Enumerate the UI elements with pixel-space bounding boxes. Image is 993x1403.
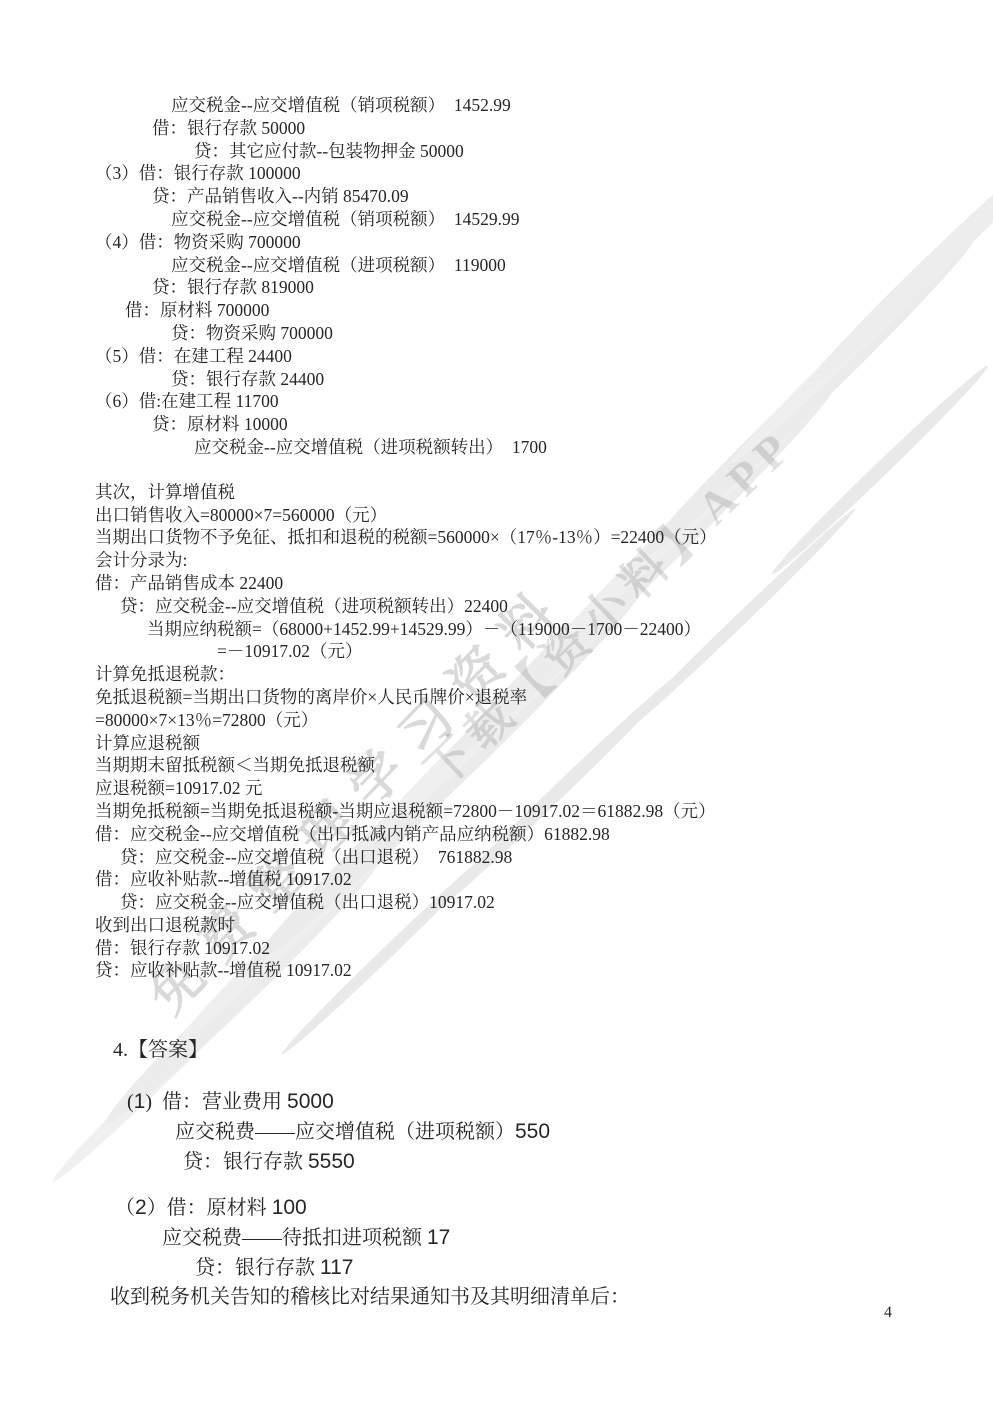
text-line: 借：银行存款 50000 — [95, 117, 717, 140]
brush-stroke — [726, 165, 993, 470]
text-line: 应交税金--应交增值税（销项税额） 14529.99 — [95, 208, 717, 231]
text-line: 应交税金--应交增值税（进项税额转出） 1700 — [95, 436, 717, 459]
text-line: (1) 借：营业费用 5000 — [95, 1087, 717, 1117]
text-line: 贷：应交税金--应交增值税（出口退税） 761882.98 — [95, 846, 717, 869]
text-line: 贷：银行存款 5550 — [95, 1147, 717, 1177]
text-line: 借：产品销售成本 22400 — [95, 572, 717, 595]
text-line: 当期出口货物不予免征、抵扣和退税的税额=560000×（17％-13％）=224… — [95, 526, 717, 549]
text-line: 应交税费——应交增值税（进项税额）550 — [95, 1117, 717, 1147]
page-number: 4 — [884, 1304, 892, 1322]
text-line: 免抵退税额=当期出口货物的离岸价×人民币牌价×退税率 — [95, 686, 717, 709]
text-line: 出口销售收入=80000×7=560000（元） — [95, 504, 717, 527]
text-line: =－10917.02（元） — [95, 640, 717, 663]
brush-stroke — [796, 119, 993, 399]
brush-stroke — [767, 361, 993, 579]
text-line: 计算免抵退税款： — [95, 663, 717, 686]
text-line: 贷：应交税金--应交增值税（进项税额转出）22400 — [95, 595, 717, 618]
body-text: 应交税金--应交增值税（销项税额） 1452.99借：银行存款 50000贷：其… — [95, 94, 717, 1312]
text-line: 贷：物资采购 700000 — [95, 322, 717, 345]
text-line: （3）借：银行存款 100000 — [95, 162, 717, 185]
text-line: 贷：银行存款 24400 — [95, 368, 717, 391]
text-line: 当期免抵税额=当期免抵退税额-当期应退税额=72800－10917.02＝618… — [95, 800, 717, 823]
text-line: 贷：应交税金--应交增值税（出口退税）10917.02 — [95, 891, 717, 914]
text-line: 其次，计算增值税 — [95, 481, 717, 504]
text-line: 会计分录为: — [95, 549, 717, 572]
text-line: 贷：银行存款 819000 — [95, 276, 717, 299]
text-line: （5）借：在建工程 24400 — [95, 345, 717, 368]
text-line: 借：应交税金--应交增值税（出口抵减内销产品应纳税额）61882.98 — [95, 823, 717, 846]
text-line: 贷：银行存款 117 — [95, 1253, 717, 1283]
text-line: 收到税务机关告知的稽核比对结果通知书及其明细清单后： — [95, 1283, 717, 1312]
text-line: 收到出口退税款时 — [95, 914, 717, 937]
text-line: 应交税费——待抵扣进项税额 17 — [95, 1223, 717, 1253]
document-page: 免费整理学习资料 下载【资小料】APP 应交税金--应交增值税（销项税额） 14… — [0, 0, 993, 1403]
text-line: 贷：原材料 10000 — [95, 413, 717, 436]
text-line: 贷：其它应付款--包装物押金 50000 — [95, 140, 717, 163]
text-line: （6）借:在建工程 11700 — [95, 390, 717, 413]
text-line: 借：原材料 700000 — [95, 299, 717, 322]
text-line: 应退税额=10917.02 元 — [95, 777, 717, 800]
text-line: 当期应纳税额=（68000+1452.99+14529.99）－（119000－… — [95, 618, 717, 641]
text-line: （4）借：物资采购 700000 — [95, 231, 717, 254]
text-line: 借：银行存款 10917.02 — [95, 937, 717, 960]
text-line: 借：应收补贴款--增值税 10917.02 — [95, 868, 717, 891]
text-line: 贷：应收补贴款--增值税 10917.02 — [95, 959, 717, 982]
text-line: 应交税金--应交增值税（销项税额） 1452.99 — [95, 94, 717, 117]
text-line: =80000×7×13％=72800（元） — [95, 709, 717, 732]
text-line: 贷：产品销售收入--内销 85470.09 — [95, 185, 717, 208]
text-line: （2）借：原材料 100 — [95, 1193, 717, 1223]
text-line: 应交税金--应交增值税（进项税额） 119000 — [95, 254, 717, 277]
text-line: 计算应退税额 — [95, 732, 717, 755]
text-line: 当期期末留抵税额＜当期免抵退税额 — [95, 754, 717, 777]
text-line: 4.【答案】 — [95, 1036, 717, 1065]
